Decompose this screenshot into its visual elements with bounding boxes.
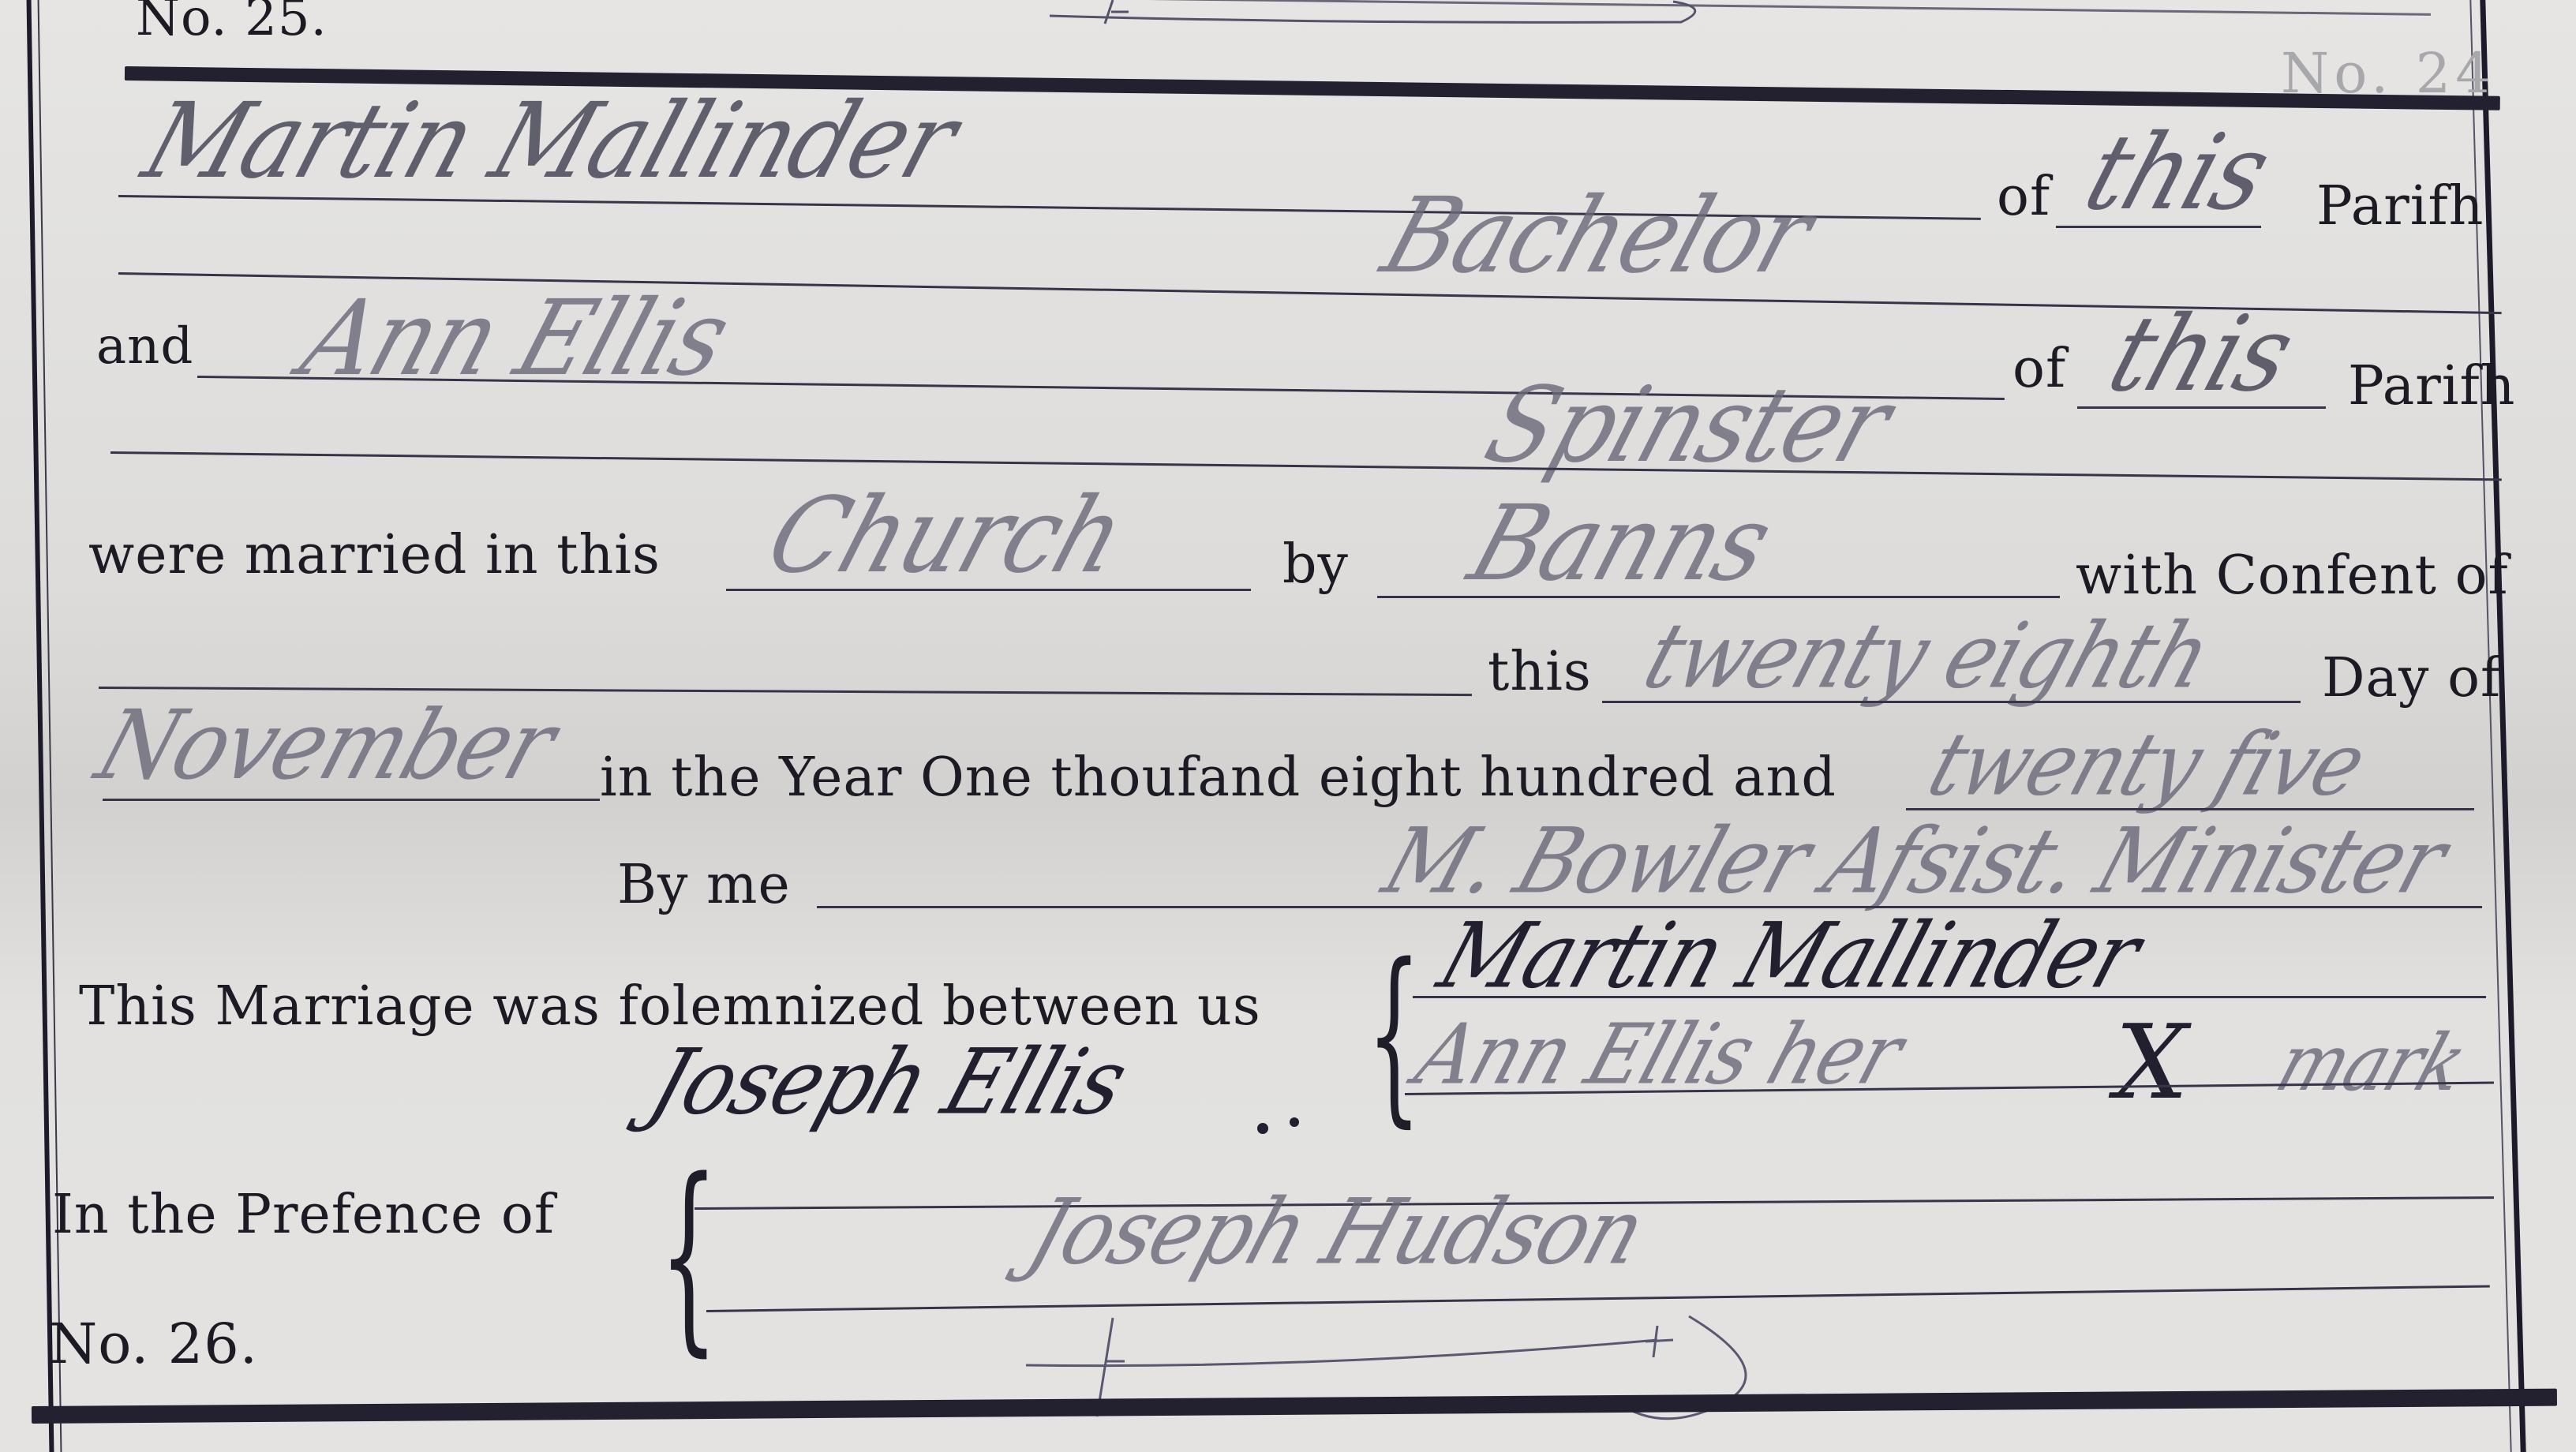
- groom-parish-label: Parifh: [2316, 175, 2484, 238]
- previous-flourish: [1002, 0, 1736, 55]
- groom-signature-line: [1413, 996, 2486, 998]
- marriage-day-line: [1602, 701, 2301, 703]
- consent-label: with Confent of: [2076, 544, 2509, 607]
- marriage-method-line: [1377, 596, 2060, 598]
- groom-of-label: of: [1997, 166, 2050, 228]
- presence-label: In the Prefence of: [52, 1184, 555, 1246]
- year-label: in the Year One thoufand eight hundred a…: [600, 747, 1837, 809]
- register-page: No. 25. No. 24 Martin Mallinder of this …: [0, 0, 2576, 1452]
- by-label: by: [1282, 533, 1349, 596]
- groom-parish-value: this: [2072, 113, 2282, 234]
- entry-number-header: No. 25.: [136, 0, 328, 47]
- marriage-year-suffix: twenty five: [1917, 713, 2376, 815]
- marriage-month-line: [103, 799, 600, 801]
- witness-2-signature: Joseph Hudson: [1017, 1179, 1657, 1285]
- officiant-signature: M. Bowler Afsist. Minister: [1372, 808, 2458, 914]
- marriage-place-line: [726, 589, 1251, 591]
- groom-signature: Martin Mallinder: [1427, 903, 2151, 1009]
- bride-of-label: of: [2012, 338, 2066, 400]
- marriage-month: November: [84, 690, 567, 801]
- witnesses-brace: {: [659, 1136, 717, 1375]
- page-border-right: [2480, 0, 2525, 1452]
- entry-number-footer: No. 26.: [49, 1312, 258, 1376]
- bride-condition-line: [110, 451, 2502, 481]
- signatures-brace: {: [1367, 923, 1421, 1144]
- bride-mark: X: [2115, 1002, 2187, 1122]
- bride-mark-label: mark: [2266, 1018, 2476, 1110]
- bride-parish-value: this: [2095, 294, 2306, 415]
- groom-parish-line: [2056, 226, 2261, 228]
- bride-parish-label: Parifh: [2348, 355, 2515, 417]
- day-of-label: Day of: [2322, 647, 2501, 709]
- witness-1-signature: Joseph Ellis: [638, 1029, 1139, 1135]
- married-label: were married in this: [88, 524, 661, 586]
- bride-and-label: and: [96, 317, 193, 376]
- this-label: this: [1488, 641, 1592, 703]
- marriage-method: Banns: [1456, 484, 1784, 604]
- marriage-day: twenty eighth: [1632, 603, 2222, 709]
- groom-condition: Bachelor: [1369, 176, 1825, 297]
- bride-parish-line: [2077, 406, 2326, 409]
- groom-name: Martin Mallinder: [130, 81, 970, 202]
- dots-flourish: [1247, 1105, 1357, 1152]
- by-me-label: By me: [617, 854, 791, 916]
- marriage-place: Church: [754, 476, 1137, 597]
